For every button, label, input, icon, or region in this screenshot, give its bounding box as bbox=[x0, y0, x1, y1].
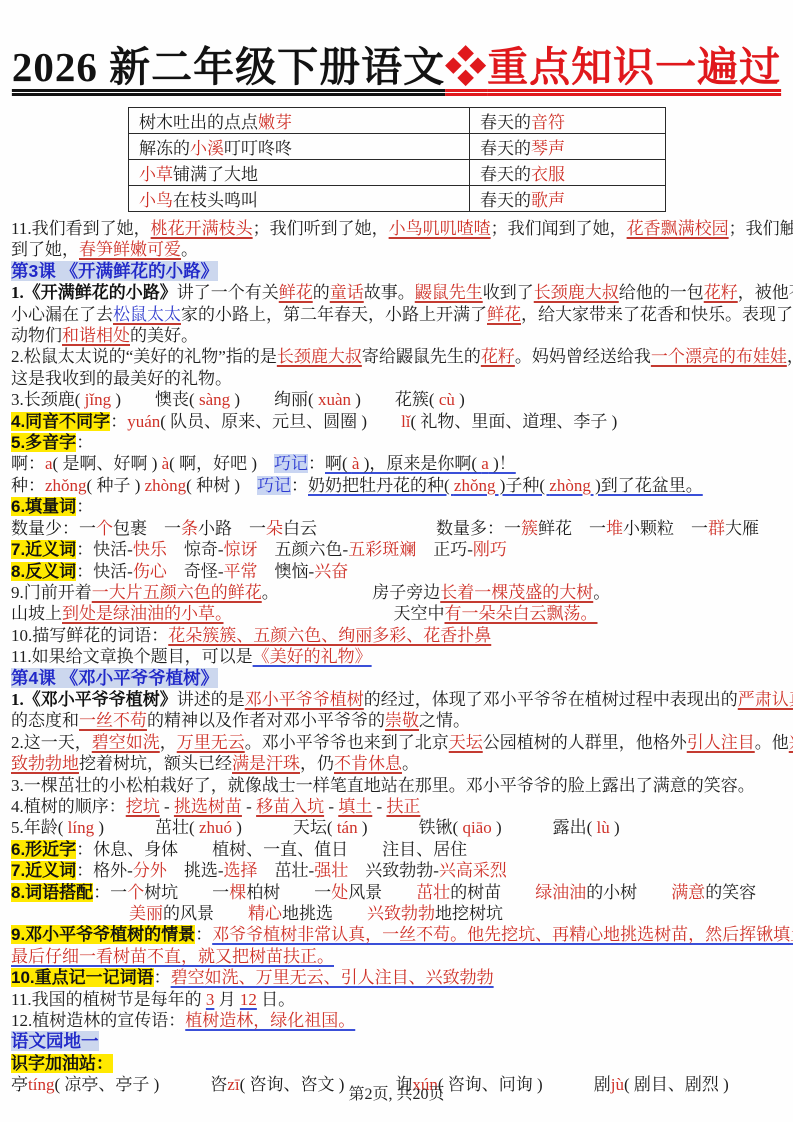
text-segment: 寄给鼹鼠先生的 bbox=[362, 347, 481, 366]
table-row: 树木吐出的点点嫩芽春天的音符 bbox=[129, 108, 666, 134]
text-segment: 堆 bbox=[606, 519, 623, 538]
text-segment: 春天的 bbox=[480, 139, 531, 158]
text-segment: 奇怪- bbox=[167, 562, 224, 581]
text-segment: 正巧- bbox=[416, 540, 473, 559]
text-segment: ： bbox=[195, 925, 212, 944]
text-segment: 5.年龄( bbox=[11, 818, 68, 837]
text-line: 2.这一天，碧空如洗，万里无云。邓小平爷爷也来到了北京天坛公园植树的人群里，他格… bbox=[11, 732, 787, 753]
text-segment: 春天的 bbox=[480, 165, 531, 184]
text-line: 致勃勃地挖着树坑，额头已经满是汗珠，仍不肯休息。 bbox=[11, 753, 787, 774]
text-segment: ) 露出( bbox=[492, 818, 597, 837]
text-segment: 小草 bbox=[139, 165, 173, 184]
text-segment: ： bbox=[308, 454, 325, 473]
text-segment: ， bbox=[160, 733, 177, 752]
text-segment: 6.形近字 bbox=[11, 840, 76, 859]
text-segment: 长着一棵茂盛的大树 bbox=[440, 583, 593, 602]
text-segment: 9.门前开着 bbox=[11, 583, 92, 602]
text-segment: 碧空如洗 bbox=[92, 733, 160, 752]
text-segment: 《美好的礼物》 bbox=[253, 647, 372, 666]
text-segment: 茁壮 bbox=[416, 883, 450, 902]
text-segment: 挑选- bbox=[167, 861, 224, 880]
text-segment: 12 bbox=[240, 990, 257, 1009]
text-segment: 鲜花 bbox=[487, 305, 521, 324]
text-segment: ) bbox=[610, 818, 620, 837]
text-segment: 簇 bbox=[521, 519, 538, 538]
text-segment: 满意 bbox=[671, 883, 705, 902]
text-segment: 桃花开满枝头 bbox=[151, 219, 253, 238]
text-segment: 最后仔细一看树苗不直，就又把树苗扶正。 bbox=[11, 947, 334, 966]
text-segment: 刚巧 bbox=[473, 540, 507, 559]
text-segment: 不肯休息 bbox=[334, 754, 402, 773]
text-line: 3.一棵茁壮的小松柏栽好了，就像战士一样笔直地站在那里。邓小平爷爷的脸上露出了满… bbox=[11, 775, 787, 796]
text-segment: )，原来是你啊( bbox=[359, 454, 481, 473]
text-segment: 4.植树的顺序： bbox=[11, 797, 126, 816]
text-segment: 选择 bbox=[224, 861, 258, 880]
text-segment: 。他 bbox=[755, 733, 789, 752]
text-segment: 长颈鹿大叔 bbox=[277, 347, 362, 366]
table-cell-right: 春天的歌声 bbox=[470, 186, 666, 212]
text-segment: 扶正 bbox=[386, 797, 420, 816]
text-segment: 花朵簇簇、五颜六色、绚丽多彩、花香扑鼻 bbox=[168, 626, 491, 645]
text-segment: ： bbox=[76, 497, 93, 516]
text-line: 的态度和一丝不苟的精神以及作者对邓小平爷爷的崇敬之情。 bbox=[11, 710, 787, 731]
text-segment: ：休息、身体 植树、一直、值日 注目、居住 bbox=[76, 840, 467, 859]
table-cell-right: 春天的琴声 bbox=[470, 134, 666, 160]
text-segment: 到处是绿油油的小草。 bbox=[62, 604, 224, 623]
text-segment: ( 种树 ) bbox=[186, 476, 257, 495]
text-segment: 个 bbox=[127, 883, 144, 902]
text-segment: ) 茁壮( bbox=[94, 818, 199, 837]
text-segment: 严肃认真 bbox=[738, 690, 793, 709]
text-line: 9.门前开着一大片五颜六色的鲜花。 房子旁边长着一棵茂盛的大树。 bbox=[11, 582, 787, 603]
text-segment: ：快活- bbox=[76, 540, 133, 559]
text-segment: 。 bbox=[402, 754, 419, 773]
text-segment: tán bbox=[337, 818, 358, 837]
text-segment: 在枝头鸣叫 bbox=[173, 191, 258, 210]
text-segment: 10.描写鲜花的词语： bbox=[11, 626, 168, 645]
text-segment: 柏树 一 bbox=[246, 883, 331, 902]
text-segment: 3.长颈鹿( bbox=[11, 390, 85, 409]
title-black: 2026 新二年级下册语文 bbox=[12, 44, 445, 90]
text-segment: ) 绚丽( bbox=[230, 390, 318, 409]
text-segment: 山坡上 bbox=[11, 604, 62, 623]
text-line: 6.填量词： bbox=[11, 496, 787, 517]
title-red: 重点知识一遍过 bbox=[487, 44, 781, 90]
text-segment: 这是我收到的最美好的礼物。 bbox=[11, 369, 232, 388]
text-segment: zhuó bbox=[199, 818, 232, 837]
table-cell-right: 春天的衣服 bbox=[470, 160, 666, 186]
text-segment: 音符 bbox=[531, 113, 565, 132]
text-segment: - bbox=[160, 797, 174, 816]
text-segment: 7.近义词 bbox=[11, 861, 76, 880]
text-segment: - bbox=[242, 797, 256, 816]
text-segment: 地挖树坑 bbox=[435, 904, 503, 923]
text-segment: 兴致勃勃- bbox=[348, 861, 439, 880]
text-segment: 11.如果给文章换个题目，可以是 bbox=[11, 647, 253, 666]
text-segment: lù bbox=[597, 818, 610, 837]
text-segment: 公园植树的人群里，他格外 bbox=[483, 733, 687, 752]
text-segment: qiāo bbox=[462, 818, 491, 837]
table-cell-left: 小鸟在枝头鸣叫 bbox=[129, 186, 470, 212]
text-segment: 处 bbox=[331, 883, 348, 902]
text-segment: 的笑容 bbox=[705, 883, 756, 902]
text-segment: 鼹鼠先生 bbox=[415, 283, 483, 302]
text-segment: ，仍 bbox=[300, 754, 334, 773]
text-segment: ：格外- bbox=[76, 861, 133, 880]
text-line: 种：zhǒng( 种子 ) zhòng( 种树 ) 巧记：奶奶把牡丹花的种( z… bbox=[11, 475, 787, 496]
text-segment: 叮叮咚咚 bbox=[224, 139, 292, 158]
text-segment: 巧记 bbox=[257, 476, 291, 495]
text-segment: ，给大家带来了花香和快乐。表现了小 bbox=[521, 305, 793, 324]
text-line: 9.邓小平爷爷植树的情景：邓爷爷植树非常认真，一丝不苟。他先挖坑、再精心地挑选树… bbox=[11, 924, 787, 945]
text-line: 这是我收到的最美好的礼物。 bbox=[11, 368, 787, 389]
text-segment: 。 bbox=[181, 240, 198, 259]
text-segment: 天空中 bbox=[224, 604, 445, 623]
text-segment: 6.填量词 bbox=[11, 497, 76, 516]
page-number: 第2页, 共20页 bbox=[0, 1081, 793, 1104]
text-line: 7.近义词：格外-分外 挑选-选择 茁壮-强壮 兴致勃勃-兴高采烈 bbox=[11, 860, 787, 881]
text-segment: 啊： bbox=[11, 454, 45, 473]
text-segment: 风景 bbox=[348, 883, 416, 902]
text-segment: yuán bbox=[127, 412, 160, 431]
text-segment: ；我们听到了她， bbox=[253, 219, 389, 238]
text-segment: 绿油油 bbox=[535, 883, 586, 902]
text-segment: ) 铁锹( bbox=[358, 818, 463, 837]
text-segment: 个 bbox=[96, 519, 113, 538]
text-segment: 强壮 bbox=[314, 861, 348, 880]
text-segment: ： bbox=[110, 412, 127, 431]
text-segment: 收到了 bbox=[483, 283, 534, 302]
text-segment: 五彩斑斓 bbox=[348, 540, 416, 559]
text-segment: )子种( bbox=[495, 476, 549, 495]
text-segment: 动物们 bbox=[11, 326, 62, 345]
text-segment: ) 花簇( bbox=[351, 390, 439, 409]
text-segment: 衣服 bbox=[531, 165, 565, 184]
text-segment: ( 种子 ) bbox=[87, 476, 145, 495]
text-segment: 美丽 bbox=[129, 904, 163, 923]
text-segment: 花香飘满校园 bbox=[627, 219, 729, 238]
text-segment: 的小树 bbox=[586, 883, 671, 902]
text-segment: 之情。 bbox=[419, 711, 470, 730]
page-title: 2026 新二年级下册语文❖重点知识一遍过 bbox=[0, 34, 793, 93]
text-segment: ：快活- bbox=[76, 562, 133, 581]
text-line: 7.近义词：快活-快乐 惊奇-惊讶 五颜六色-五彩斑斓 正巧-刚巧 bbox=[11, 539, 787, 560]
text-segment: 3.一棵茁壮的小松柏栽好了，就像战士一样笔直地站在那里。邓小平爷爷的脸上露出了满… bbox=[11, 776, 755, 795]
section-header: 第3课 《开满鲜花的小路》 bbox=[11, 261, 787, 282]
text-segment: zhǒng bbox=[454, 476, 496, 495]
text-line: 5.年龄( líng ) 茁壮( zhuó ) 天坛( tán ) 铁锹( qi… bbox=[11, 817, 787, 838]
text-segment: 小鸟叽叽喳喳 bbox=[389, 219, 491, 238]
text-segment: 天坛 bbox=[449, 733, 483, 752]
text-segment: xuàn bbox=[318, 390, 351, 409]
document-lines: 11.我们看到了她，桃花开满枝头；我们听到了她，小鸟叽叽喳喳；我们闻到了她，花香… bbox=[11, 218, 787, 1096]
text-segment: 讲述的是 bbox=[177, 690, 245, 709]
text-segment: ) bbox=[455, 390, 465, 409]
text-segment: 巧记 bbox=[274, 454, 308, 473]
text-line: 8.反义词：快活-伤心 奇怪-平常 懊恼-兴奋 bbox=[11, 561, 787, 582]
text-segment: zhǒng bbox=[45, 476, 87, 495]
text-segment: 8.反义词 bbox=[11, 562, 76, 581]
text-segment: 大雁 bbox=[725, 519, 759, 538]
text-segment: 懊恼- bbox=[258, 562, 315, 581]
text-segment: 条 bbox=[181, 519, 198, 538]
text-segment: 童话 bbox=[330, 283, 364, 302]
text-segment: 。妈妈曾经送给我 bbox=[515, 347, 651, 366]
text-segment: ： bbox=[291, 476, 308, 495]
text-line: 4.植树的顺序：挖坑 - 挑选树苗 - 移苗入坑 - 填土 - 扶正 bbox=[11, 796, 787, 817]
text-segment: 茁壮- bbox=[258, 861, 315, 880]
text-segment: 2.这一天， bbox=[11, 733, 92, 752]
text-segment: 春天的 bbox=[480, 113, 531, 132]
table-row: 解冻的小溪叮叮咚咚春天的琴声 bbox=[129, 134, 666, 160]
text-segment: 崇敬 bbox=[385, 711, 419, 730]
text-segment: 第4课 《邓小平爷爷植树》 bbox=[11, 668, 218, 688]
text-segment: 白云 数量多：一 bbox=[283, 519, 521, 538]
section-header: 语文园地一 bbox=[11, 1031, 787, 1052]
text-line: 8.词语搭配：一个树坑 一棵柏树 一处风景 茁壮的树苗 绿油油的小树 满意的笑容 bbox=[11, 882, 787, 903]
text-segment: 群 bbox=[708, 519, 725, 538]
text-line: 最后仔细一看树苗不直，就又把树苗扶正。 bbox=[11, 946, 787, 967]
text-segment: 引人注目 bbox=[687, 733, 755, 752]
text-segment: )！ bbox=[489, 454, 516, 473]
text-segment: 春天的 bbox=[480, 191, 531, 210]
text-line: 11.如果给文章换个题目，可以是《美好的礼物》 bbox=[11, 646, 787, 667]
text-segment: ) 懊丧( bbox=[111, 390, 199, 409]
spring-table-body: 树木吐出的点点嫩芽春天的音符解冻的小溪叮叮咚咚春天的琴声小草铺满了大地春天的衣服… bbox=[129, 108, 666, 212]
text-segment: 惊奇- bbox=[167, 540, 224, 559]
text-segment: jǐng bbox=[85, 390, 111, 409]
text-segment: 填土 bbox=[338, 797, 372, 816]
text-segment: 快乐 bbox=[133, 540, 167, 559]
table-row: 小草铺满了大地春天的衣服 bbox=[129, 160, 666, 186]
text-segment: 鲜花 一 bbox=[538, 519, 606, 538]
text-segment: 的态度和 bbox=[11, 711, 79, 730]
text-segment: 的树苗 bbox=[450, 883, 535, 902]
text-segment: ) 天坛( bbox=[232, 818, 337, 837]
text-line: 识字加油站： bbox=[11, 1053, 787, 1074]
text-line: 啊：a( 是啊、好啊 ) à( 啊，好吧 ) 巧记：啊( à )，原来是你啊( … bbox=[11, 453, 787, 474]
text-segment: ：一 bbox=[93, 883, 127, 902]
text-segment: 挖坑 bbox=[126, 797, 160, 816]
text-segment: 树坑 一 bbox=[144, 883, 229, 902]
text-segment: ，被他不 bbox=[738, 283, 793, 302]
text-segment: 。 bbox=[593, 583, 610, 602]
text-segment: 精心 bbox=[248, 904, 282, 923]
text-line: 11.我们看到了她，桃花开满枝头；我们听到了她，小鸟叽叽喳喳；我们闻到了她，花香… bbox=[11, 218, 787, 239]
text-segment: 鲜花 bbox=[279, 283, 313, 302]
text-segment: 故事。 bbox=[364, 283, 415, 302]
text-segment: 棵 bbox=[229, 883, 246, 902]
text-segment: 长颈鹿大叔 bbox=[534, 283, 619, 302]
text-segment: zhòng bbox=[549, 476, 591, 495]
text-segment: ；我们触 bbox=[729, 219, 793, 238]
text-segment: 月 bbox=[214, 990, 240, 1009]
text-segment: 歌声 bbox=[531, 191, 565, 210]
text-segment: 小鸟 bbox=[139, 191, 173, 210]
text-segment: 致勃勃地 bbox=[11, 754, 79, 773]
text-segment: sàng bbox=[199, 390, 230, 409]
text-line: 数量少：一个包裹 一条小路 一朵白云 数量多：一簇鲜花 一堆小颗粒 一群大雁 bbox=[11, 518, 787, 539]
text-segment: 的经过，体现了邓小平爷爷在植树过程中表现出的 bbox=[364, 690, 738, 709]
text-line: 到了她，春笋鲜嫩可爱。 bbox=[11, 239, 787, 260]
text-segment: 惊讶 bbox=[224, 540, 258, 559]
text-segment: 分外 bbox=[133, 861, 167, 880]
text-segment: 讲了一个有关 bbox=[177, 283, 279, 302]
text-segment: 小颗粒 一 bbox=[623, 519, 708, 538]
text-segment: 碧空如洗、万里无云、引人注目、兴致勃勃 bbox=[171, 968, 494, 987]
text-segment: 1.《开满鲜花的小路》 bbox=[11, 283, 177, 302]
text-segment: 小路 一 bbox=[198, 519, 266, 538]
text-segment: ， bbox=[787, 347, 793, 366]
text-segment: 日。 bbox=[257, 990, 295, 1009]
text-segment: ： bbox=[76, 433, 93, 452]
text-segment: 一大片五颜六色的鲜花 bbox=[92, 583, 262, 602]
text-segment: ( 队员、原来、元旦、圆圈 ) bbox=[160, 412, 401, 431]
text-segment: - bbox=[372, 797, 386, 816]
text-segment: 挖着树坑，额头已经 bbox=[79, 754, 232, 773]
text-line: 11.我国的植树节是每年的 3 月 12 日。 bbox=[11, 989, 787, 1010]
table-row: 小鸟在枝头鸣叫春天的歌声 bbox=[129, 186, 666, 212]
spring-phrases-table: 树木吐出的点点嫩芽春天的音符解冻的小溪叮叮咚咚春天的琴声小草铺满了大地春天的衣服… bbox=[128, 107, 666, 212]
text-segment: 4.同音不同字 bbox=[11, 412, 110, 431]
text-line: 3.长颈鹿( jǐng ) 懊丧( sàng ) 绚丽( xuàn ) 花簇( … bbox=[11, 389, 787, 410]
text-segment: líng bbox=[68, 818, 94, 837]
section-header: 第4课 《邓小平爷爷植树》 bbox=[11, 668, 787, 689]
text-line: 10.重点记一记词语：碧空如洗、万里无云、引人注目、兴致勃勃 bbox=[11, 967, 787, 988]
text-segment: 一个漂亮的布娃娃 bbox=[651, 347, 787, 366]
text-segment: 地挑选 bbox=[282, 904, 367, 923]
text-segment: 第3课 《开满鲜花的小路》 bbox=[11, 261, 218, 281]
text-segment: a bbox=[481, 454, 489, 473]
text-segment: 有一朵朵白云飘荡。 bbox=[445, 604, 598, 623]
text-segment: 包裹 一 bbox=[113, 519, 181, 538]
text-line: 小心漏在了去松鼠太太家的小路上，第二年春天，小路上开满了鲜花，给大家带来了花香和… bbox=[11, 304, 787, 325]
text-segment: 平常 bbox=[224, 562, 258, 581]
text-segment: 伤心 bbox=[133, 562, 167, 581]
text-segment: 植树造林，绿化祖国。 bbox=[185, 1011, 355, 1030]
table-cell-left: 树木吐出的点点嫩芽 bbox=[129, 108, 470, 134]
text-line: 动物们和谐相处的美好。 bbox=[11, 325, 787, 346]
text-segment: 5.多音字 bbox=[11, 433, 76, 452]
text-segment: 春笋鲜嫩可爱 bbox=[79, 240, 181, 259]
text-segment: 11.我国的植树节是每年的 bbox=[11, 990, 206, 1009]
text-segment: 10.重点记一记词语 bbox=[11, 968, 154, 987]
text-segment: 邓爷爷植树非常认真，一丝不苟。他先挖坑、再精心地挑选树苗，然后挥锹填土， bbox=[212, 925, 793, 944]
text-segment: 和谐相处 bbox=[62, 326, 130, 345]
text-segment: 9.邓小平爷爷植树的情景 bbox=[11, 925, 195, 944]
text-line: 1.《开满鲜花的小路》讲了一个有关鲜花的童话故事。鼹鼠先生收到了长颈鹿大叔给他的… bbox=[11, 282, 787, 303]
text-segment: 铺满了大地 bbox=[173, 165, 258, 184]
text-segment: - bbox=[324, 797, 338, 816]
text-segment: 2.松鼠太太说的“美好的礼物”指的是 bbox=[11, 347, 277, 366]
text-segment: 琴声 bbox=[531, 139, 565, 158]
text-segment: 7.近义词 bbox=[11, 540, 76, 559]
text-segment: a bbox=[45, 454, 53, 473]
text-segment: 语文园地一 bbox=[11, 1031, 99, 1051]
text-segment: )到了花盆里。 bbox=[591, 476, 703, 495]
text-segment: 。邓小平爷爷也来到了北京 bbox=[245, 733, 449, 752]
text-line: 5.多音字： bbox=[11, 432, 787, 453]
text-segment: 解冻的 bbox=[139, 139, 190, 158]
table-cell-right: 春天的音符 bbox=[470, 108, 666, 134]
text-segment: 兴高采烈 bbox=[439, 861, 507, 880]
text-segment: 11.我们看到了她， bbox=[11, 219, 151, 238]
text-line: 6.形近字：休息、身体 植树、一直、值日 注目、居住 bbox=[11, 839, 787, 860]
text-segment: 树木吐出的点点 bbox=[139, 113, 258, 132]
text-segment: 花籽 bbox=[481, 347, 515, 366]
text-line: 2.松鼠太太说的“美好的礼物”指的是长颈鹿大叔寄给鼹鼠先生的花籽。妈妈曾经送给我… bbox=[11, 346, 787, 367]
text-segment: 识字加油站： bbox=[11, 1054, 113, 1073]
page: 2026 新二年级下册语文❖重点知识一遍过 树木吐出的点点嫩芽春天的音符解冻的小… bbox=[0, 0, 793, 1122]
text-segment: 满是汗珠 bbox=[232, 754, 300, 773]
text-segment: 的美好。 bbox=[130, 326, 198, 345]
text-segment: 种： bbox=[11, 476, 45, 495]
text-segment: 的 bbox=[313, 283, 330, 302]
text-segment: 家的小路上，第二年春天，小路上开满了 bbox=[181, 305, 487, 324]
text-segment: 到了她， bbox=[11, 240, 79, 259]
text-segment: 一丝不苟 bbox=[79, 711, 147, 730]
title-diamond-icon: ❖ bbox=[445, 44, 487, 90]
text-segment: 8.词语搭配 bbox=[11, 883, 93, 902]
text-segment: 嫩芽 bbox=[258, 113, 292, 132]
table-cell-left: 小草铺满了大地 bbox=[129, 160, 470, 186]
text-segment: 松鼠太太 bbox=[113, 305, 181, 324]
text-segment: 朵 bbox=[266, 519, 283, 538]
text-segment: 。 房子旁边 bbox=[262, 583, 441, 602]
text-segment: 的精神以及作者对邓小平爷爷的 bbox=[147, 711, 385, 730]
text-segment: 邓小平爷爷植树 bbox=[245, 690, 364, 709]
text-segment: 万里无云 bbox=[177, 733, 245, 752]
text-segment: ( 啊，好吧 ) bbox=[169, 454, 274, 473]
text-segment: 兴奋 bbox=[314, 562, 348, 581]
text-segment: 12.植树造林的宣传语： bbox=[11, 1011, 185, 1030]
text-segment: 小心漏在了去 bbox=[11, 305, 113, 324]
text-segment: cù bbox=[439, 390, 455, 409]
text-segment: lǐ bbox=[401, 412, 410, 431]
text-line: 美丽的风景 精心地挑选 兴致勃勃地挖树坑 bbox=[11, 903, 787, 924]
text-segment: ；我们闻到了她， bbox=[491, 219, 627, 238]
text-segment: 五颜六色- bbox=[258, 540, 349, 559]
text-segment: 挑选树苗 bbox=[174, 797, 242, 816]
text-line: 山坡上到处是绿油油的小草。 天空中有一朵朵白云飘荡。 bbox=[11, 603, 787, 624]
text-segment: 小溪 bbox=[190, 139, 224, 158]
text-segment: 数量少：一 bbox=[11, 519, 96, 538]
table-cell-left: 解冻的小溪叮叮咚咚 bbox=[129, 134, 470, 160]
text-segment: ： bbox=[154, 968, 171, 987]
text-line: 10.描写鲜花的词语：花朵簇簇、五颜六色、绚丽多彩、花香扑鼻 bbox=[11, 625, 787, 646]
text-line: 12.植树造林的宣传语：植树造林，绿化祖国。 bbox=[11, 1010, 787, 1031]
text-segment: ( 礼物、里面、道理、李子 ) bbox=[411, 412, 618, 431]
text-segment: 啊( bbox=[325, 454, 352, 473]
text-segment: ( 是啊、好啊 ) bbox=[53, 454, 162, 473]
text-segment: 移苗入坑 bbox=[256, 797, 324, 816]
text-segment: 1.《邓小平爷爷植树》 bbox=[11, 690, 177, 709]
text-segment: 奶奶把牡丹花的种( bbox=[308, 476, 454, 495]
text-line: 1.《邓小平爷爷植树》讲述的是邓小平爷爷植树的经过，体现了邓小平爷爷在植树过程中… bbox=[11, 689, 787, 710]
text-segment: 给他的一包 bbox=[619, 283, 704, 302]
text-segment: zhòng bbox=[145, 476, 187, 495]
text-line: 4.同音不同字：yuán( 队员、原来、元旦、圆圈 ) lǐ( 礼物、里面、道理… bbox=[11, 411, 787, 432]
text-segment: 兴致勃勃 bbox=[367, 904, 435, 923]
text-segment: 的风景 bbox=[163, 904, 248, 923]
text-segment: 花籽 bbox=[704, 283, 738, 302]
text-segment: 兴 bbox=[789, 733, 793, 752]
